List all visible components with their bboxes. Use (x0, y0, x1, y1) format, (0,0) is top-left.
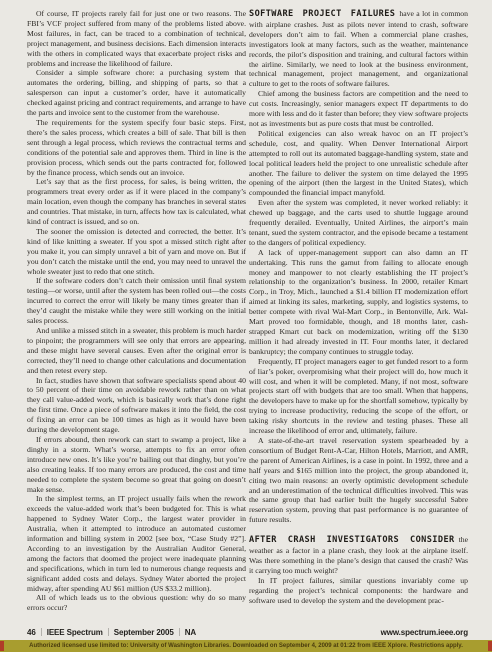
website-url: www.spectrum.ieee.org (381, 628, 468, 637)
paragraph: The sooner the omission is detected and … (27, 227, 246, 277)
section-opening-paragraph: SOFTWARE PROJECT FAILUREShave a lot in c… (249, 9, 468, 89)
paragraph: Of course, IT projects rarely fail for j… (27, 9, 246, 68)
magazine-name: IEEE Spectrum (47, 628, 103, 637)
red-edge-left (0, 641, 4, 651)
license-bar: Authorized licensed use limited to: Univ… (0, 640, 492, 652)
footer-divider (179, 628, 180, 636)
paragraph: In IT project failures, similar question… (249, 576, 468, 606)
footer-divider (108, 628, 109, 636)
paragraph: Even after the system was completed, it … (249, 198, 468, 248)
paragraph: Chief among the business factors are com… (249, 89, 468, 129)
footer-divider (41, 628, 42, 636)
section-heading: SOFTWARE PROJECT FAILURES (249, 9, 395, 19)
paragraph: Consider a simple software chore: a purc… (27, 68, 246, 118)
paragraph: A state-of-the-art travel reservation sy… (249, 436, 468, 525)
paragraph: A lack of upper-management support can a… (249, 248, 468, 357)
paragraph: If errors abound, then rework can start … (27, 435, 246, 494)
paragraph: If the software coders don’t catch their… (27, 276, 246, 326)
section-heading: AFTER CRASH INVESTIGATORS CONSIDER (249, 535, 455, 545)
paragraph: Political exigencies can also wreak havo… (249, 129, 468, 198)
paragraph: In the simplest terms, an IT project usu… (27, 494, 246, 593)
magazine-page: Of course, IT projects rarely fail for j… (0, 0, 492, 652)
paragraph: Let’s say that as the first process, for… (27, 177, 246, 227)
paragraph: Frequently, IT project managers eager to… (249, 357, 468, 436)
paragraph: In fact, studies have shown that softwar… (27, 376, 246, 435)
left-column: Of course, IT projects rarely fail for j… (27, 9, 246, 625)
red-edge-right (488, 641, 492, 651)
region-code: NA (185, 628, 196, 637)
right-column: SOFTWARE PROJECT FAILUREShave a lot in c… (249, 9, 468, 625)
issue-date: September 2005 (114, 628, 174, 637)
license-text: Authorized licensed use limited to: Univ… (29, 643, 463, 649)
paragraph: And unlike a missed stitch in a sweater,… (27, 326, 246, 376)
paragraph: The requirements for the system specify … (27, 118, 246, 177)
page-number: 46 (27, 628, 36, 637)
paragraph: All of which leads us to the obvious que… (27, 593, 246, 613)
page-footer: 46 IEEE Spectrum September 2005 NA www.s… (27, 626, 468, 638)
section-opening-paragraph: AFTER CRASH INVESTIGATORS CONSIDERthe we… (249, 535, 468, 576)
footer-left-group: 46 IEEE Spectrum September 2005 NA (27, 628, 196, 637)
section-lead-text: have a lot in common with airplane crash… (249, 9, 468, 88)
